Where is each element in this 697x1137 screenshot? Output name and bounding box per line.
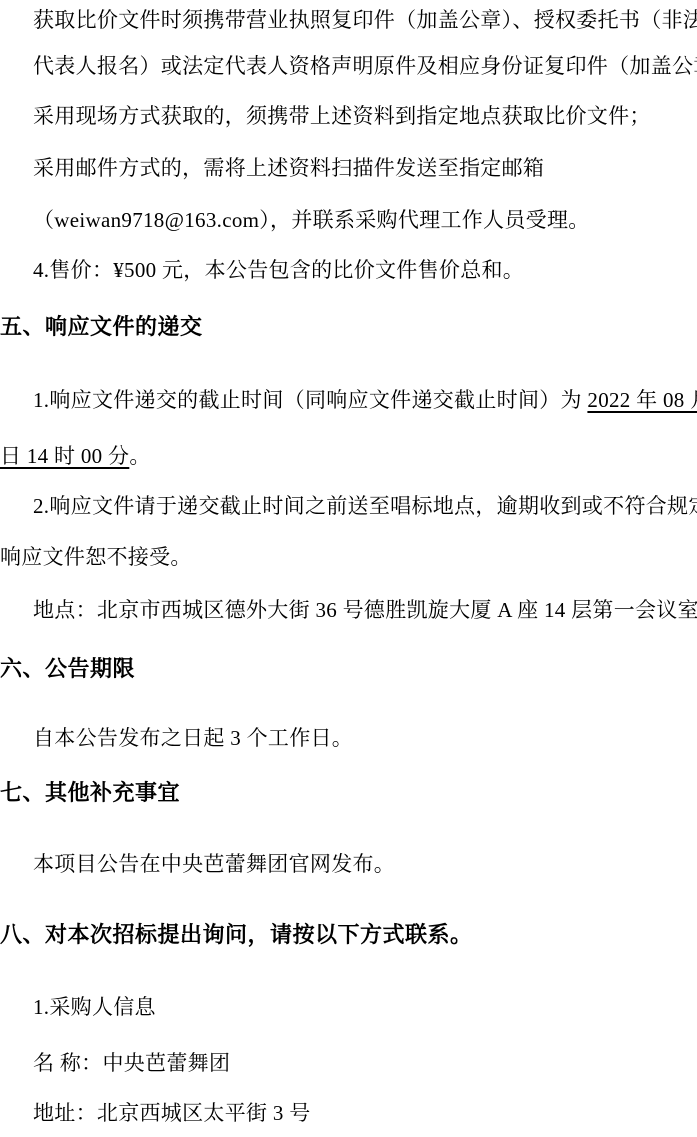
line-email-address: （weiwan9718@163.com），并联系采购代理工作人员受理。 (33, 208, 590, 233)
line-deadline: 1.响应文件递交的截止时间（同响应文件递交截止时间）为 2022 年 08 月 … (33, 388, 697, 413)
section-heading-5-submission: 五、响应文件的递交 (0, 314, 203, 339)
line-announcement-period: 自本公告发布之日起 3 个工作日。 (33, 726, 353, 751)
line-onsite-method: 采用现场方式获取的，须携带上述资料到指定地点获取比价文件； (33, 104, 651, 129)
line-purchaser-info: 1.采购人信息 (33, 995, 156, 1020)
line-obtain-documents-1: 获取比价文件时须携带营业执照复印件（加盖公章）、授权委托书（非法定 (33, 8, 697, 33)
deadline-label-text: 1.响应文件递交的截止时间（同响应文件递交截止时间）为 (33, 388, 587, 412)
line-price: 4.售价：¥500 元，本公告包含的比价文件售价总和。 (33, 258, 524, 283)
deadline-time-underlined: 日 14 时 00 分 (0, 444, 129, 468)
line-email-method: 采用邮件方式的，需将上述资料扫描件发送至指定邮箱 (33, 156, 544, 181)
line-deadline-time: 日 14 时 00 分。 (0, 444, 151, 469)
document-page: 获取比价文件时须携带营业执照复印件（加盖公章）、授权委托书（非法定 代表人报名）… (0, 0, 697, 1137)
line-official-website: 本项目公告在中央芭蕾舞团官网发布。 (33, 852, 395, 877)
line-submission-location: 地点：北京市西城区德外大街 36 号德胜凯旋大厦 A 座 14 层第一会议室。 (33, 598, 697, 623)
line-purchaser-address: 地址：北京西城区太平街 3 号 (33, 1101, 311, 1126)
deadline-date-underlined: 2022 年 08 月 31 (587, 388, 697, 412)
section-heading-7-other-matters: 七、其他补充事宜 (0, 780, 180, 805)
section-heading-6-announcement-period: 六、公告期限 (0, 656, 135, 681)
line-purchaser-name: 名 称：中央芭蕾舞团 (33, 1051, 230, 1076)
section-heading-8-contact: 八、对本次招标提出询问，请按以下方式联系。 (0, 922, 473, 947)
line-submission-rule-1: 2.响应文件请于递交截止时间之前送至唱标地点，逾期收到或不符合规定的 (33, 494, 697, 519)
deadline-time-period: 。 (129, 444, 150, 468)
line-obtain-documents-2: 代表人报名）或法定代表人资格声明原件及相应身份证复印件（加盖公章）； (33, 54, 697, 79)
line-submission-rule-2: 响应文件恕不接受。 (0, 545, 192, 570)
